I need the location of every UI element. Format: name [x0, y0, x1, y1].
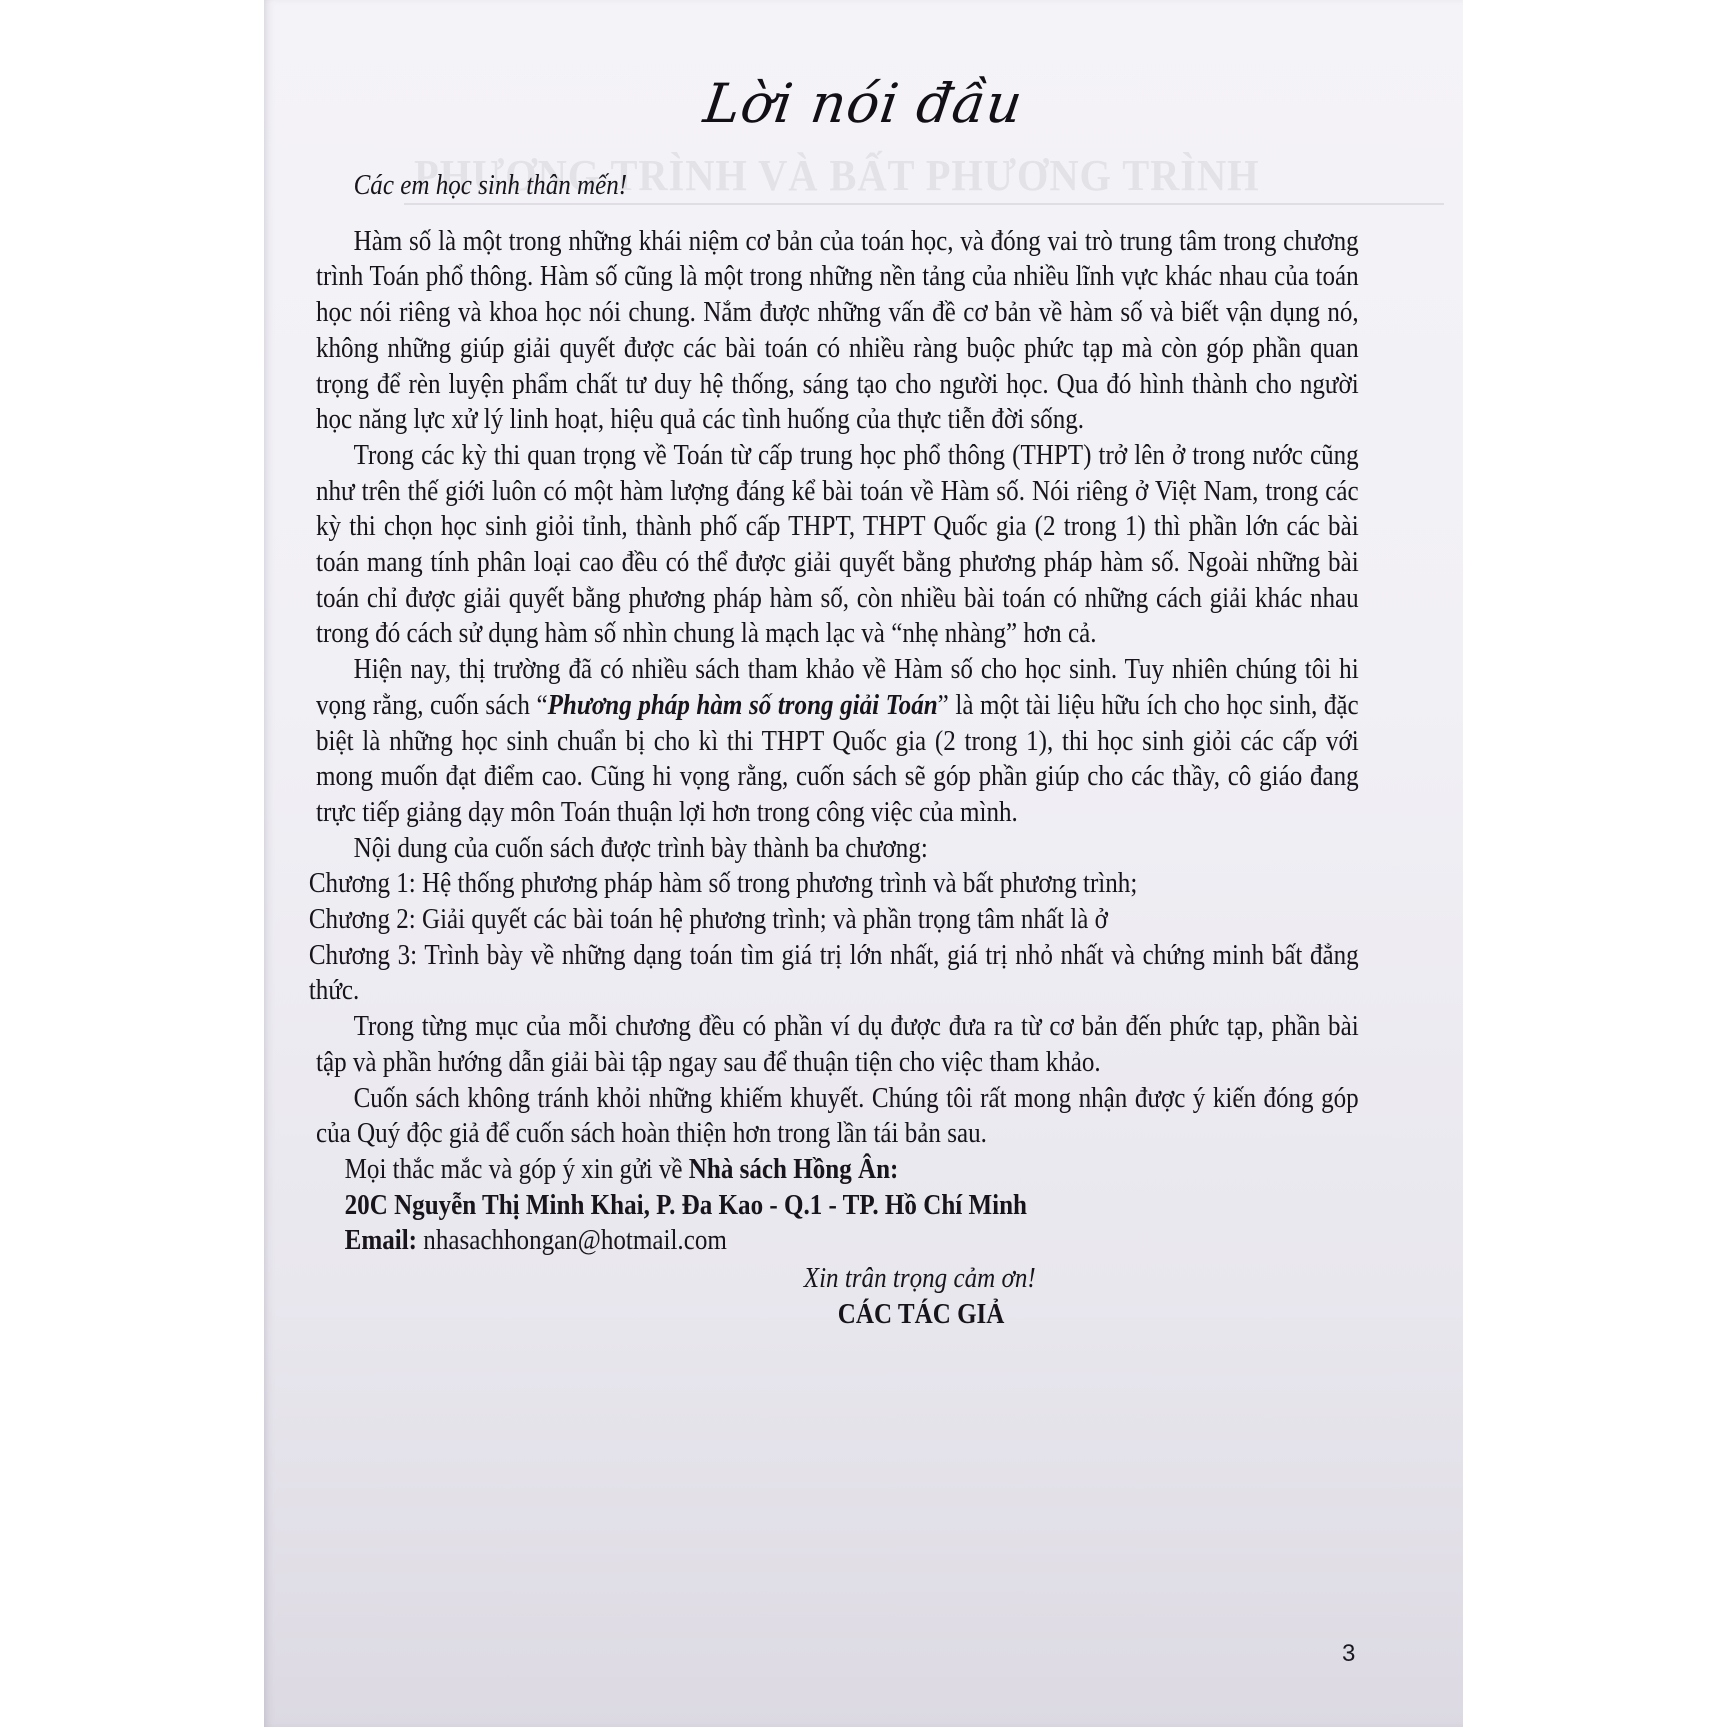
publisher-address: 20C Nguyễn Thị Minh Khai, P. Đa Kao - Q.… [316, 1188, 1359, 1224]
preface-body: Các em học sinh thân mến! Hàm số là một … [316, 168, 1359, 1333]
closing-thanks: Xin trân trọng cảm ơn! [316, 1261, 1359, 1297]
contact-intro-text: Mọi thắc mắc và góp ý xin gửi về [345, 1154, 689, 1185]
book-title: Phương pháp hàm số trong giải Toán [548, 690, 938, 721]
contact-intro: Mọi thắc mắc và góp ý xin gửi về Nhà sác… [316, 1152, 1359, 1188]
publisher-name: Nhà sách Hồng Ân: [689, 1154, 899, 1185]
chapter-2: Chương 2: Giải quyết các bài toán hệ phư… [309, 902, 1359, 938]
paragraph-4: Nội dung của cuốn sách được trình bày th… [316, 831, 1359, 867]
page-number: 3 [1342, 1640, 1355, 1668]
greeting: Các em học sinh thân mến! [316, 168, 1359, 204]
email-address: nhasachhongan@hotmail.com [417, 1225, 727, 1256]
closing-authors: CÁC TÁC GIẢ [316, 1297, 1359, 1333]
paragraph-6: Cuốn sách không tránh khỏi những khiếm k… [316, 1081, 1359, 1152]
page-heading: Lời nói đầu [264, 72, 1463, 135]
contact-email: Email: nhasachhongan@hotmail.com [316, 1223, 1359, 1259]
paragraph-3: Hiện nay, thị trường đã có nhiều sách th… [316, 652, 1359, 831]
chapter-1: Chương 1: Hệ thống phương pháp hàm số tr… [309, 866, 1359, 902]
chapter-3: Chương 3: Trình bày về những dạng toán t… [309, 938, 1359, 1009]
paragraph-1: Hàm số là một trong những khái niệm cơ b… [316, 224, 1359, 438]
email-label: Email: [345, 1225, 417, 1256]
paragraph-2: Trong các kỳ thi quan trọng về Toán từ c… [316, 438, 1359, 652]
book-page: PHƯƠNG TRÌNH VÀ BẤT PHƯƠNG TRÌNH Lời nói… [264, 0, 1463, 1727]
paragraph-5: Trong từng mục của mỗi chương đều có phầ… [316, 1009, 1359, 1080]
